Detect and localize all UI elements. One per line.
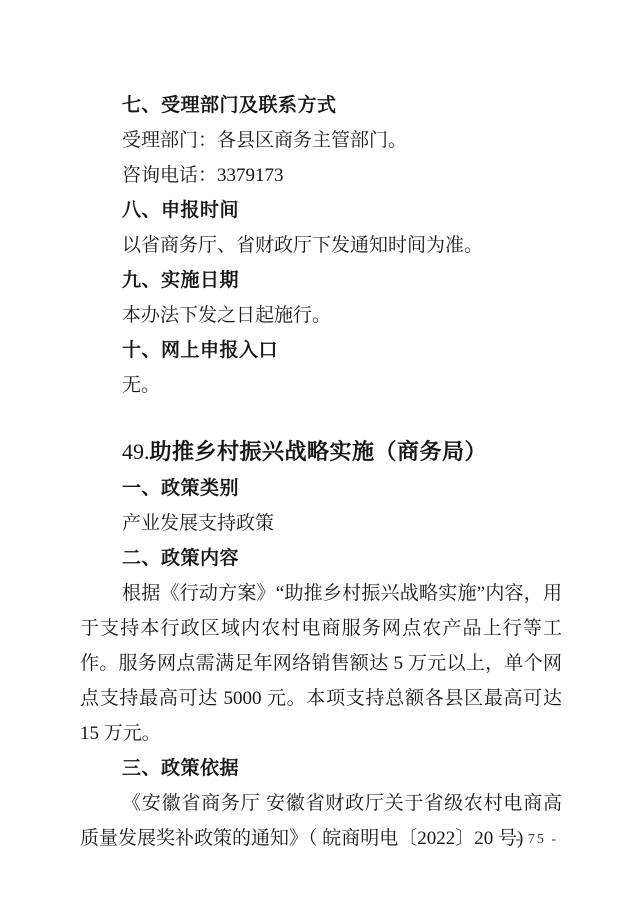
body-paragraph-policy-basis: 《安徽省商务厅 安徽省财政厅关于省级农村电商高质量发展奖补政策的通知》（ 皖商明… — [80, 786, 562, 856]
page-content: 七、受理部门及联系方式 受理部门：各县区商务主管部门。 咨询电话：3379173… — [80, 88, 562, 856]
section-heading-1: 一、政策类别 — [80, 471, 562, 506]
page-number: - 75 - — [516, 830, 558, 850]
document-page: 七、受理部门及联系方式 受理部门：各县区商务主管部门。 咨询电话：3379173… — [0, 0, 642, 907]
section-heading-2: 二、政策内容 — [80, 541, 562, 576]
body-paragraph-accepting-dept: 受理部门：各县区商务主管部门。 — [80, 123, 562, 158]
body-paragraph-online-entry: 无。 — [80, 368, 562, 403]
section-heading-3: 三、政策依据 — [80, 751, 562, 786]
section-heading-7: 七、受理部门及联系方式 — [80, 88, 562, 123]
body-paragraph-phone: 咨询电话：3379173 — [80, 158, 562, 193]
policy-item-name: 助推乡村振兴战略实施（商务局） — [150, 439, 488, 464]
section-heading-10: 十、网上申报入口 — [80, 333, 562, 368]
body-paragraph-policy-content: 根据《行动方案》“助推乡村振兴战略实施”内容，用于支持本行政区域内农村电商服务网… — [80, 576, 562, 751]
section-heading-9: 九、实施日期 — [80, 263, 562, 298]
section-heading-8: 八、申报时间 — [80, 193, 562, 228]
policy-item-title-49: 49.助推乡村振兴战略实施（商务局） — [80, 433, 562, 471]
body-paragraph-effective-date: 本办法下发之日起施行。 — [80, 298, 562, 333]
body-paragraph-policy-category: 产业发展支持政策 — [80, 506, 562, 541]
policy-item-number: 49. — [122, 439, 150, 464]
body-paragraph-apply-time: 以省商务厅、省财政厅下发通知时间为准。 — [80, 228, 562, 263]
